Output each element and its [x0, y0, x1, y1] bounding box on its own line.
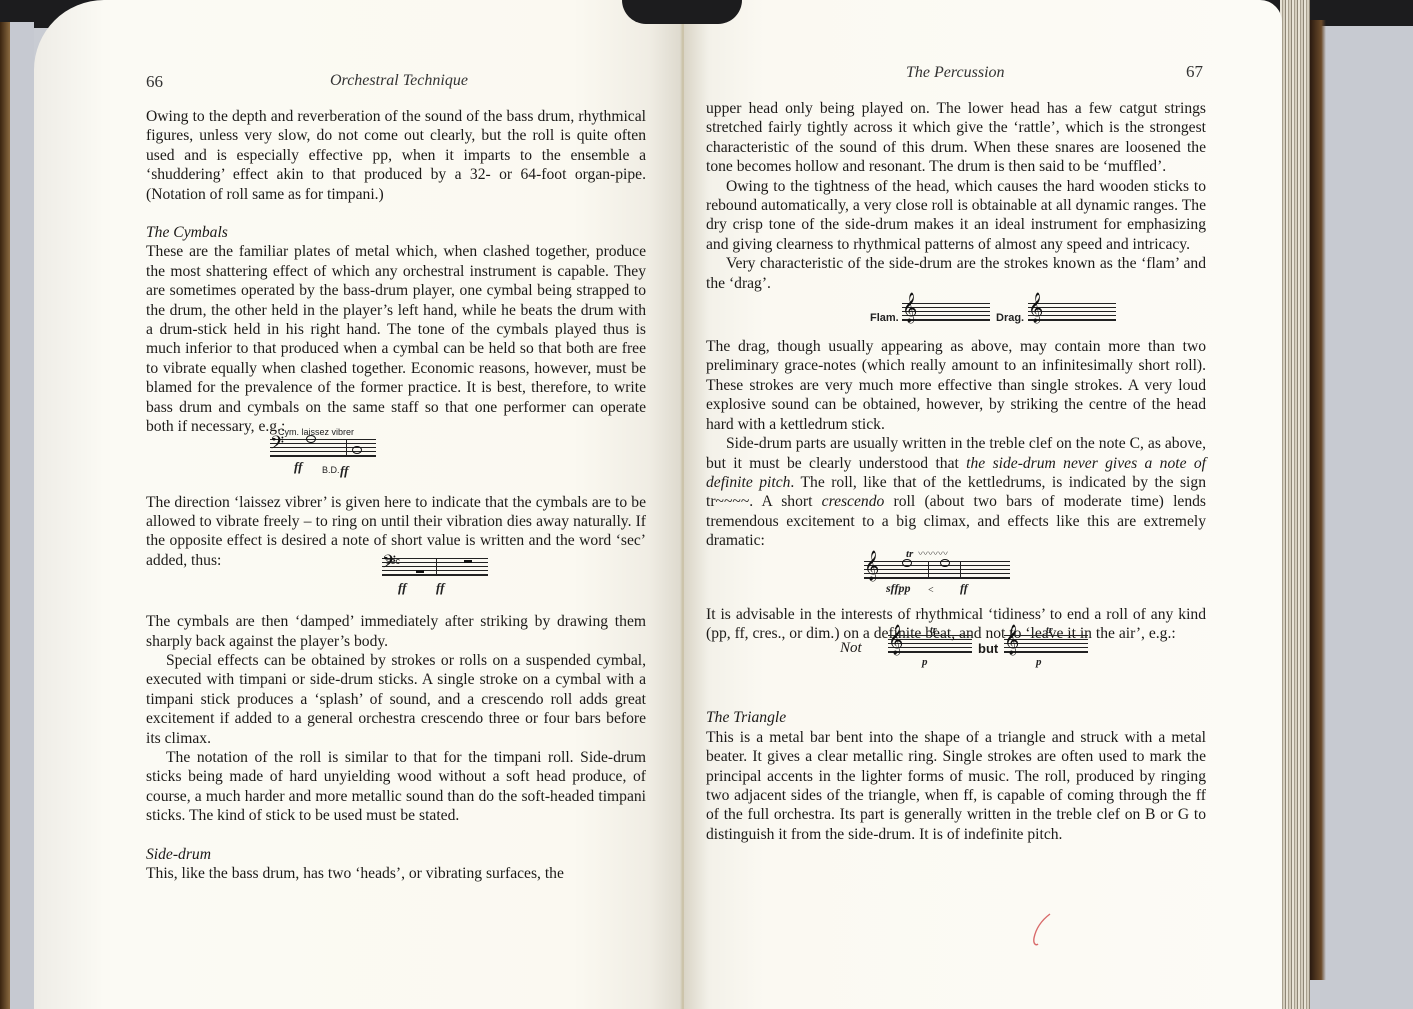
book-cover-edge-left	[0, 22, 10, 1009]
whole-note	[902, 559, 912, 567]
red-pen-mark	[1028, 912, 1058, 948]
emphasis-crescendo: crescendo	[822, 493, 885, 510]
trill-marking: tr	[1046, 621, 1053, 640]
heading-triangle: The Triangle	[706, 708, 1206, 727]
treble-clef-icon: 𝄞	[1004, 629, 1019, 651]
music-example-crescendo-roll: tr 〰〰〰 𝄞 sffpp < ff	[706, 551, 1206, 605]
paragraph-drag: The drag, though usually appearing as ab…	[706, 337, 1206, 434]
paragraph-roll-notation: The notation of the roll is similar to t…	[146, 748, 646, 826]
paragraph-damped: The cymbals are then ‘damped’ immediatel…	[146, 612, 646, 651]
heading-cymbals: The Cymbals	[146, 223, 646, 242]
page-stack-edges	[1280, 0, 1310, 1009]
bass-clef-icon: 𝄢	[382, 554, 396, 576]
scanner-top-notch	[622, 0, 742, 24]
treble-clef-icon: 𝄞	[1028, 297, 1043, 319]
trill-marking: tr	[930, 621, 937, 640]
dynamic-sffpp: sffpp	[886, 579, 910, 598]
music-example-laissez-vibrer: Cym. laissez vibrer 𝄢 ff B.D. ff	[146, 437, 646, 493]
barline	[928, 561, 929, 579]
scan-background-left	[10, 22, 34, 1009]
barline	[346, 439, 347, 457]
paragraph-side-drum-start: This, like the bass drum, has two ‘heads…	[146, 864, 646, 883]
treble-clef-icon: 𝄞	[864, 555, 879, 577]
paragraph-cymbals-intro: These are the familiar plates of metal w…	[146, 242, 646, 436]
dynamic-p: p	[922, 653, 928, 672]
treble-clef-icon: 𝄞	[902, 297, 917, 319]
whole-note	[306, 435, 316, 443]
page-number-left: 66	[146, 72, 163, 92]
music-label-bd: B.D.	[322, 461, 340, 480]
page-number-right: 67	[1186, 62, 1203, 82]
heading-side-drum: Side-drum	[146, 845, 646, 864]
dynamic-ff: ff	[436, 578, 444, 597]
paragraph-bass-drum: Owing to the depth and reverberation of …	[146, 107, 646, 204]
book-cover-edge-right	[1310, 20, 1326, 980]
rest	[416, 570, 424, 573]
treble-staff	[864, 561, 1010, 579]
label-not: Not	[840, 639, 862, 658]
right-page-body: upper head only being played on. The low…	[706, 99, 1206, 844]
music-label-flam: Flam.	[870, 309, 899, 328]
dynamic-ff: ff	[294, 457, 302, 476]
dynamic-p: p	[1036, 653, 1042, 672]
rest	[464, 560, 472, 563]
paragraph-flam-drag: Very characteristic of the side-drum are…	[706, 254, 1206, 293]
left-page-body: Owing to the depth and reverberation of …	[146, 107, 646, 883]
dynamic-ff: ff	[398, 578, 406, 597]
music-example-sec: sec 𝄢 ff ff	[146, 570, 646, 612]
paragraph-tightness: Owing to the tightness of the head, whic…	[706, 177, 1206, 255]
barline	[960, 561, 961, 579]
bass-clef-icon: 𝄢	[270, 435, 284, 457]
half-note	[352, 446, 362, 454]
music-label-drag: Drag.	[996, 309, 1024, 328]
bass-staff	[382, 558, 488, 576]
dynamic-ff: ff	[960, 579, 968, 598]
whole-note	[940, 559, 950, 567]
barline	[436, 558, 437, 576]
paragraph-side-drum-parts: Side-drum parts are usually written in t…	[706, 434, 1206, 550]
paragraph-triangle: This is a metal bar bent into the shape …	[706, 728, 1206, 844]
scan-background-right	[1320, 26, 1413, 1009]
treble-clef-icon: 𝄞	[888, 629, 903, 651]
running-head-right: The Percussion	[906, 64, 1005, 82]
paragraph-snares: upper head only being played on. The low…	[706, 99, 1206, 177]
music-example-not-but: Not 𝄞 tr p but 𝄞 tr p	[706, 643, 1206, 689]
music-example-flam-drag: Flam. 𝄞 Drag. 𝄞	[706, 293, 1206, 337]
crescendo-hairpin-icon: <	[928, 581, 934, 600]
paragraph-special-effects: Special effects can be obtained by strok…	[146, 651, 646, 748]
dynamic-ff: ff	[340, 461, 348, 480]
label-but: but	[978, 639, 998, 658]
right-page: The Percussion 67 upper head only being …	[684, 0, 1282, 1009]
left-page: 66 Orchestral Technique Owing to the dep…	[34, 0, 684, 1009]
running-head-left: Orchestral Technique	[330, 72, 468, 90]
